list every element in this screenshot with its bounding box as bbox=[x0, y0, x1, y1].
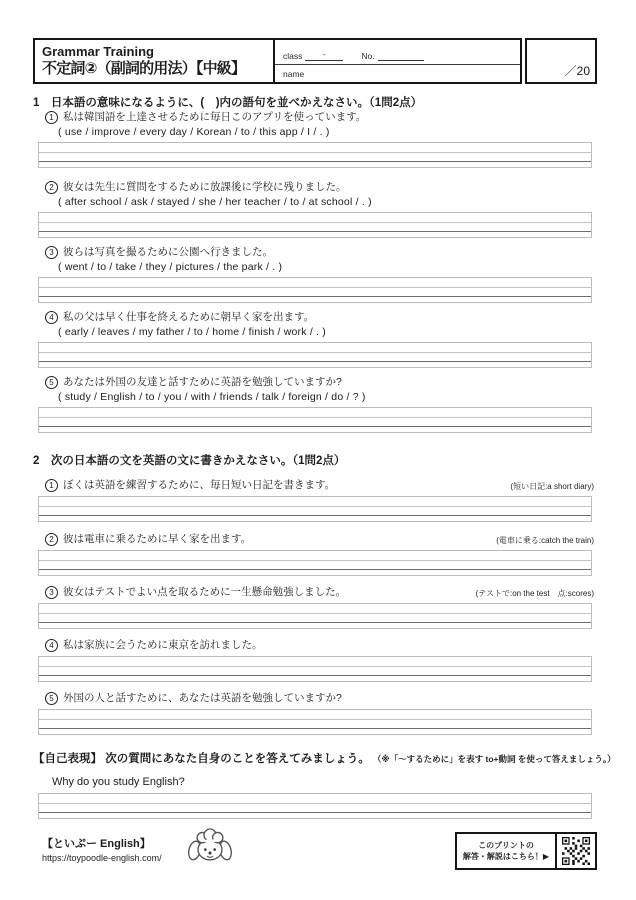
question-japanese: 彼女は先生に質問をするために放課後に学校に残りました。 bbox=[63, 181, 347, 194]
s2-question-5: 5 外国の人と話すために、あなたは英語を勉強していますか? bbox=[33, 692, 597, 735]
self-expression-note: （※「〜するために」を表す to+動詞 を使って答えましょう。） bbox=[373, 754, 616, 764]
answer-key-label-line1: このプリントの bbox=[478, 840, 534, 851]
brand-url: https://toypoodle-english.com/ bbox=[42, 853, 162, 864]
student-info-cell: class - No. name bbox=[275, 40, 520, 82]
score-box: ／20 bbox=[525, 38, 597, 84]
toy-poodle-logo-icon bbox=[186, 826, 234, 868]
question-number: 5 bbox=[45, 376, 58, 389]
question-number: 5 bbox=[45, 692, 58, 705]
question-number: 2 bbox=[45, 533, 58, 546]
word-bank: ( early / leaves / my father / to / home… bbox=[33, 326, 597, 339]
s2-question-1: 1 ぼくは英語を練習するために、毎日短い日記を書きます。 (短い日記:a sho… bbox=[33, 479, 597, 522]
class-field[interactable]: - bbox=[305, 50, 343, 61]
brand-name: 【といぷー English】 bbox=[42, 838, 151, 851]
question-japanese: あなたは外国の友達と話すために英語を勉強していますか? bbox=[63, 376, 342, 389]
question-number: 1 bbox=[45, 479, 58, 492]
worksheet-title-en: Grammar Training bbox=[42, 44, 266, 60]
word-bank: ( went / to / take / they / pictures / t… bbox=[33, 261, 597, 274]
header-title-box: Grammar Training 不定詞②（副詞的用法）【中級】 class -… bbox=[33, 38, 522, 84]
question-japanese: 外国の人と話すために、あなたは英語を勉強していますか? bbox=[63, 692, 342, 705]
answer-writing-lines[interactable] bbox=[38, 496, 592, 522]
question-japanese: 私は家族に会うために東京を訪れました。 bbox=[63, 639, 263, 652]
vocab-hint: (テストで:on the test 点:scores) bbox=[476, 588, 594, 599]
answer-writing-lines[interactable] bbox=[38, 709, 592, 735]
s1-question-4: 4 私の父は早く仕事を終えるために朝早く家を出ます。 ( early / lea… bbox=[33, 311, 597, 368]
name-row: name bbox=[275, 65, 520, 82]
question-japanese: 私は韓国語を上達させるために毎日このアプリを使っています。 bbox=[63, 111, 366, 124]
answer-writing-lines[interactable] bbox=[38, 793, 592, 819]
answer-writing-lines[interactable] bbox=[38, 656, 592, 682]
question-japanese: 彼女はテストでよい点を取るために一生懸命勉強しました。 bbox=[63, 586, 346, 599]
title-cell: Grammar Training 不定詞②（副詞的用法）【中級】 bbox=[35, 40, 275, 82]
question-number: 4 bbox=[45, 311, 58, 324]
qr-code-icon bbox=[562, 837, 590, 865]
question-number: 3 bbox=[45, 246, 58, 259]
answer-key-label-line2: 解答・解説はこちら！▶ bbox=[463, 851, 549, 862]
s2-question-4: 4 私は家族に会うために東京を訪れました。 bbox=[33, 639, 597, 682]
answer-writing-lines[interactable] bbox=[38, 407, 592, 433]
answer-writing-lines[interactable] bbox=[38, 142, 592, 168]
answer-writing-lines[interactable] bbox=[38, 277, 592, 303]
number-label: No. bbox=[361, 51, 374, 61]
question-number: 4 bbox=[45, 639, 58, 652]
question-number: 3 bbox=[45, 586, 58, 599]
question-japanese: 彼らは写真を撮るために公園へ行きました。 bbox=[63, 246, 273, 259]
word-bank: ( after school / ask / stayed / she / he… bbox=[33, 196, 597, 209]
answer-writing-lines[interactable] bbox=[38, 342, 592, 368]
answer-writing-lines[interactable] bbox=[38, 550, 592, 576]
section2-heading: 2 次の日本語の文を英語の文に書きかえなさい。（1問2点） bbox=[33, 454, 345, 468]
question-japanese: ぼくは英語を練習するために、毎日短い日記を書きます。 bbox=[63, 479, 335, 492]
number-field[interactable] bbox=[378, 50, 424, 61]
answer-writing-lines[interactable] bbox=[38, 603, 592, 629]
self-expression-title: 【自己表現】 次の質問にあなた自身のことを答えてみましょう。 bbox=[33, 753, 370, 765]
word-bank: ( study / English / to / you / with / fr… bbox=[33, 391, 597, 404]
class-label: class bbox=[283, 51, 302, 61]
qr-cell bbox=[557, 834, 595, 868]
vocab-hint: (短い日記:a short diary) bbox=[510, 481, 594, 492]
question-japanese: 私の父は早く仕事を終えるために朝早く家を出ます。 bbox=[63, 311, 314, 324]
worksheet-title-jp: 不定詞②（副詞的用法）【中級】 bbox=[42, 60, 266, 79]
word-bank: ( use / improve / every day / Korean / t… bbox=[33, 126, 597, 139]
question-number: 2 bbox=[45, 181, 58, 194]
section1-heading: 1 日本語の意味になるように、( )内の語句を並べかえなさい。（1問2点） bbox=[33, 96, 422, 110]
s1-question-5: 5 あなたは外国の友達と話すために英語を勉強していますか? ( study / … bbox=[33, 376, 597, 433]
s2-question-3: 3 彼女はテストでよい点を取るために一生懸命勉強しました。 (テストで:on t… bbox=[33, 586, 597, 629]
answer-key-label: このプリントの 解答・解説はこちら！▶ bbox=[457, 834, 557, 868]
answer-writing-lines[interactable] bbox=[38, 212, 592, 238]
vocab-hint: (電車に乗る:catch the train) bbox=[496, 535, 594, 546]
worksheet-page: { "header": { "title_en": "Grammar Train… bbox=[0, 0, 636, 900]
question-number: 1 bbox=[45, 111, 58, 124]
score-denominator: ／20 bbox=[565, 62, 590, 79]
header: Grammar Training 不定詞②（副詞的用法）【中級】 class -… bbox=[33, 38, 597, 84]
question-japanese: 彼は電車に乗るために早く家を出ます。 bbox=[63, 533, 251, 546]
s2-question-2: 2 彼は電車に乗るために早く家を出ます。 (電車に乗る:catch the tr… bbox=[33, 533, 597, 576]
name-label: name bbox=[283, 69, 304, 79]
s1-question-1: 1 私は韓国語を上達させるために毎日このアプリを使っています。 ( use / … bbox=[33, 111, 597, 168]
s1-question-2: 2 彼女は先生に質問をするために放課後に学校に残りました。 ( after sc… bbox=[33, 181, 597, 238]
s1-question-3: 3 彼らは写真を撮るために公園へ行きました。 ( went / to / tak… bbox=[33, 246, 597, 303]
class-number-row: class - No. bbox=[275, 40, 520, 65]
answer-key-callout: このプリントの 解答・解説はこちら！▶ bbox=[455, 832, 597, 870]
self-expression-question: Why do you study English? bbox=[33, 775, 597, 789]
self-expression-section: 【自己表現】 次の質問にあなた自身のことを答えてみましょう。 （※「〜するために… bbox=[33, 752, 597, 819]
